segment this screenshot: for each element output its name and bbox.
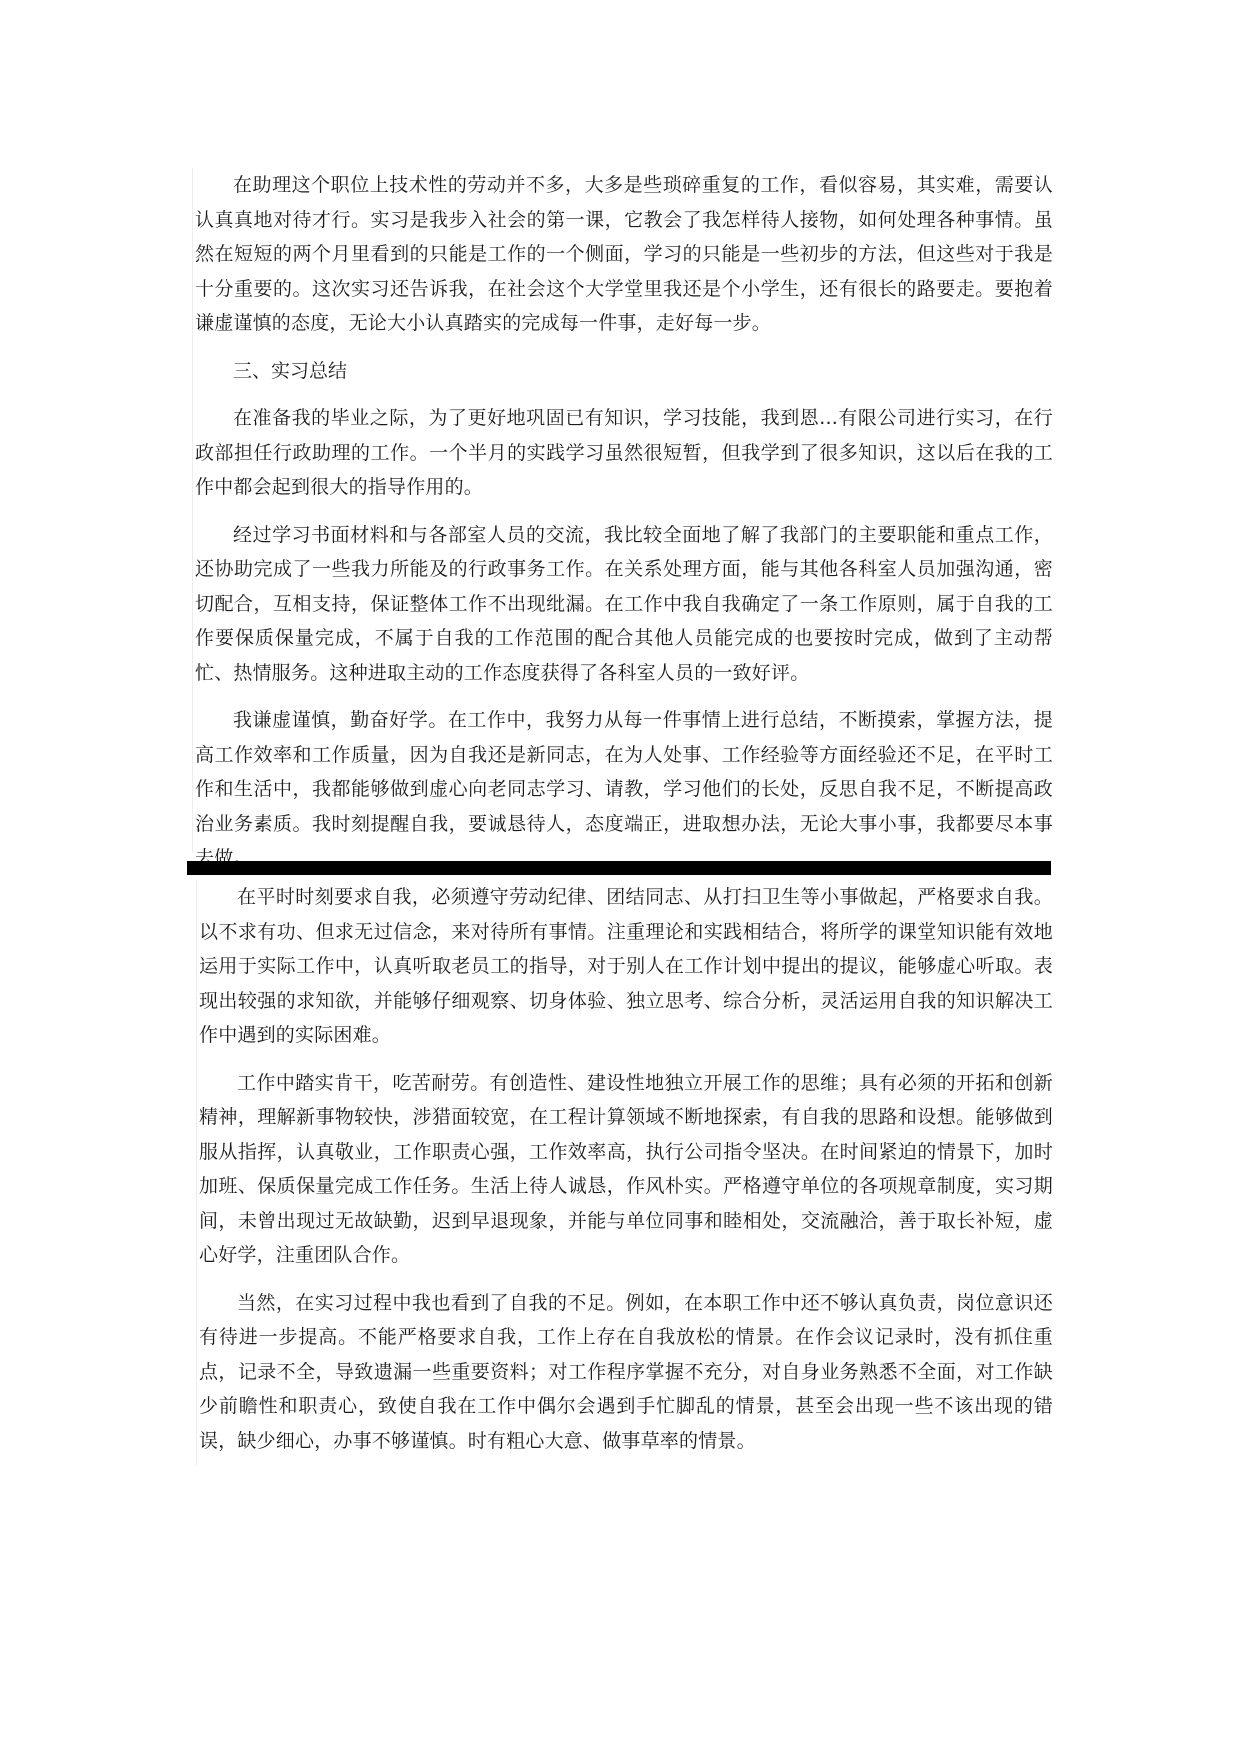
document-bottom-section: 在平时时刻要求自我，必须遵守劳动纪律、团结同志、从打扫卫生等小事做起，严格要求自… — [196, 880, 1053, 1465]
paragraph: 我谦虚谨慎，勤奋好学。在工作中，我努力从每一件事情上进行总结，不断摸索，掌握方法… — [193, 703, 1053, 876]
page-divider-bar — [187, 861, 1051, 875]
paragraph: 工作中踏实肯干，吃苦耐劳。有创造性、建设性地独立开展工作的思维；具有必须的开拓和… — [197, 1066, 1053, 1273]
document-top-section: 在助理这个职位上技术性的劳动并不多，大多是些琐碎重复的工作，看似容易，其实难，需… — [192, 168, 1053, 853]
paragraph: 当然，在实习过程中我也看到了自我的不足。例如，在本职工作中还不够认真负责，岗位意… — [197, 1286, 1053, 1459]
paragraph: 在平时时刻要求自我，必须遵守劳动纪律、团结同志、从打扫卫生等小事做起，严格要求自… — [197, 880, 1053, 1053]
paragraph: 在准备我的毕业之际，为了更好地巩固已有知识，学习技能，我到恩...有限公司进行实… — [193, 401, 1053, 505]
paragraph: 在助理这个职位上技术性的劳动并不多，大多是些琐碎重复的工作，看似容易，其实难，需… — [193, 168, 1053, 341]
paragraph: 经过学习书面材料和与各部室人员的交流，我比较全面地了解了我部门的主要职能和重点工… — [193, 518, 1053, 691]
section-heading: 三、实习总结 — [193, 354, 1053, 389]
